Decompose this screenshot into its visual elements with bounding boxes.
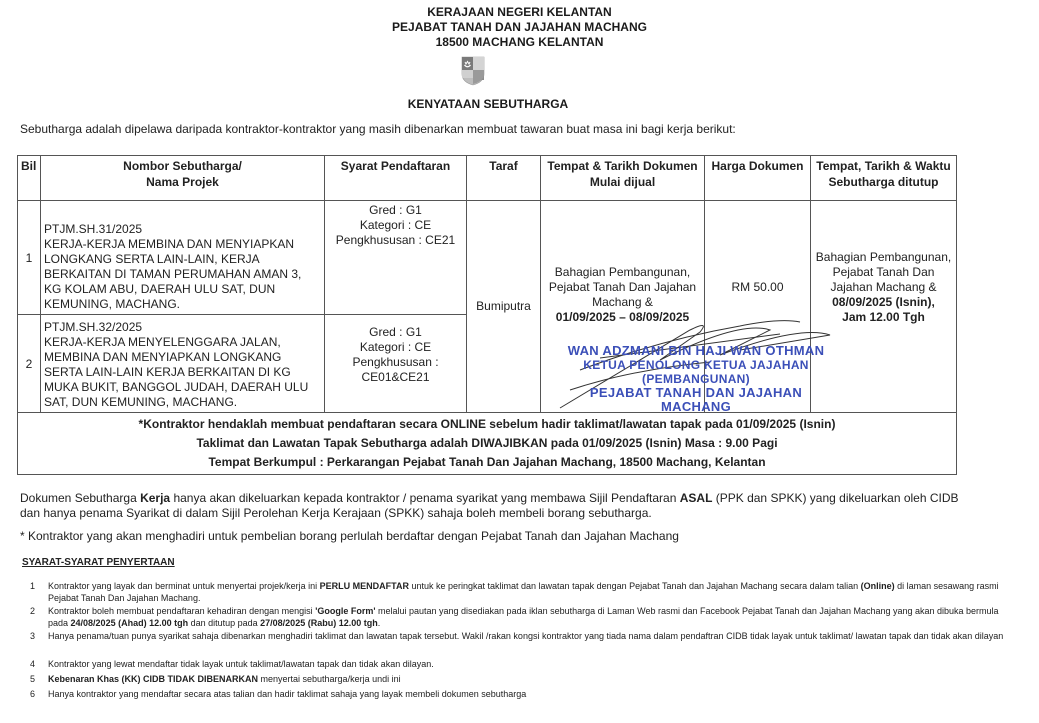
sale-place: Bahagian Pembangunan, Pejabat Tanah Dan …	[544, 265, 701, 310]
note-bold: Kerja	[140, 491, 170, 505]
col-header-bil: Bil	[18, 156, 41, 201]
project-name: KERJA-KERJA MEMBINA DAN MENYIAPKAN LONGK…	[44, 237, 321, 312]
closing-place-date-cell: Bahagian Pembangunan, Pejabat Tanah Dan …	[811, 201, 957, 413]
condition-number: 2	[30, 605, 48, 629]
table-header-row: Bil Nombor Sebutharga/ Nama Projek Syara…	[18, 156, 957, 201]
cond-text: Kontraktor yang layak dan berminat untuk…	[48, 581, 320, 591]
online-registration-notice: *Kontraktor hendaklah membuat pendaftara…	[21, 415, 953, 434]
row-number: 2	[18, 315, 41, 413]
letterhead-line-2: PEJABAT TANAH DAN JAJAHAN MACHANG	[0, 20, 1039, 35]
sale-dates: 01/09/2025 – 08/09/2025	[544, 310, 701, 325]
cond-bold: Kebenaran Khas (KK) CIDB TIDAK DIBENARKA…	[48, 674, 258, 684]
meeting-place-notice: Tempat Berkumpul : Perkarangan Pejabat T…	[21, 453, 953, 472]
cond-bold: PERLU MENDAFTAR	[320, 581, 409, 591]
tender-number: PTJM.SH.32/2025	[44, 320, 321, 335]
gred: Gred : G1	[328, 325, 463, 340]
col-header-tutup-line-1: Tempat, Tarikh & Waktu	[814, 158, 953, 174]
condition-number: 6	[30, 688, 48, 700]
tender-table: Bil Nombor Sebutharga/ Nama Projek Syara…	[17, 155, 957, 475]
col-header-syarat: Syarat Pendaftaran	[325, 156, 467, 201]
cond-text: untuk ke peringkat taklimat dan lawatan …	[409, 581, 861, 591]
condition-text: Hanya kontraktor yang mendaftar secara a…	[48, 688, 1020, 700]
pengkhususan: Pengkhususan : CE21	[328, 233, 463, 248]
note-text: dan hanya penama Syarikat di dalam Sijil…	[20, 506, 652, 520]
cond-text: menyertai sebutharga/kerja undi ini	[258, 674, 401, 684]
col-header-tutup: Tempat, Tarikh & Waktu Sebutharga ditutu…	[811, 156, 957, 201]
closing-place: Bahagian Pembangunan, Pejabat Tanah Dan …	[814, 250, 953, 295]
registration-note: * Kontraktor yang akan menghadiri untuk …	[20, 529, 679, 544]
condition-number: 5	[30, 673, 48, 685]
col-header-nombor: Nombor Sebutharga/ Nama Projek	[41, 156, 325, 201]
site-visit-notice: Taklimat dan Lawatan Tapak Sebutharga ad…	[21, 434, 953, 453]
pengkhususan: Pengkhususan :	[328, 355, 463, 370]
condition-item: 1 Kontraktor yang layak dan berminat unt…	[30, 580, 1020, 604]
project-name: KERJA-KERJA MENYELENGGARA JALAN, MEMBINA…	[44, 335, 321, 410]
taraf-cell: Bumiputra	[467, 201, 541, 413]
cond-text: dan ditutup pada	[188, 618, 260, 628]
note-text: Dokumen Sebutharga	[20, 491, 140, 505]
condition-number: 4	[30, 658, 48, 670]
cond-text: Kontraktor boleh membuat pendaftaran keh…	[48, 606, 315, 616]
letterhead-line-1: KERAJAAN NEGERI KELANTAN	[0, 5, 1039, 20]
kelantan-crest-icon	[461, 56, 485, 86]
condition-text: Kontraktor yang lewat mendaftar tidak la…	[48, 658, 1020, 670]
condition-number: 1	[30, 580, 48, 604]
condition-item: 6 Hanya kontraktor yang mendaftar secara…	[30, 688, 1020, 700]
cond-bold: 'Google Form'	[315, 606, 375, 616]
condition-text: Kontraktor yang layak dan berminat untuk…	[48, 580, 1020, 604]
sale-place-date-cell: Bahagian Pembangunan, Pejabat Tanah Dan …	[541, 201, 705, 413]
project-cell: PTJM.SH.31/2025 KERJA-KERJA MEMBINA DAN …	[41, 201, 325, 315]
kategori: Kategori : CE	[328, 340, 463, 355]
condition-item: 3 Hanya penama/tuan punya syarikat sahaj…	[30, 630, 1020, 642]
kategori: Kategori : CE	[328, 218, 463, 233]
note-text: (PPK dan SPKK) yang dikeluarkan oleh CID…	[712, 491, 958, 505]
table-row: 1 PTJM.SH.31/2025 KERJA-KERJA MEMBINA DA…	[18, 201, 957, 315]
col-header-tempat-jual-line-2: Mulai dijual	[544, 174, 701, 190]
document-title: KENYATAAN SEBUTHARGA	[0, 97, 976, 111]
note-bold: ASAL	[680, 491, 713, 505]
briefing-notice: *Kontraktor hendaklah membuat pendaftara…	[18, 413, 957, 475]
col-header-taraf: Taraf	[467, 156, 541, 201]
col-header-tempat-jual: Tempat & Tarikh Dokumen Mulai dijual	[541, 156, 705, 201]
gred: Gred : G1	[328, 203, 463, 218]
closing-date: 08/09/2025 (Isnin),	[814, 295, 953, 310]
condition-number: 3	[30, 630, 48, 642]
cond-bold: 24/08/2025 (Ahad) 12.00 tgh	[71, 618, 189, 628]
condition-text: Kebenaran Khas (KK) CIDB TIDAK DIBENARKA…	[48, 673, 1020, 685]
project-cell: PTJM.SH.32/2025 KERJA-KERJA MENYELENGGAR…	[41, 315, 325, 413]
closing-time: Jam 12.00 Tgh	[814, 310, 953, 325]
cond-bold: 27/08/2025 (Rabu) 12.00 tgh	[260, 618, 378, 628]
tender-number: PTJM.SH.31/2025	[44, 222, 321, 237]
condition-text: Kontraktor boleh membuat pendaftaran keh…	[48, 605, 1020, 629]
registration-requirements: Gred : G1 Kategori : CE Pengkhususan : C…	[325, 201, 467, 315]
row-number: 1	[18, 201, 41, 315]
col-header-nombor-line-1: Nombor Sebutharga/	[44, 158, 321, 174]
document-price: RM 50.00	[705, 201, 811, 413]
intro-text: Sebutharga adalah dipelawa daripada kont…	[20, 122, 736, 136]
col-header-tutup-line-2: Sebutharga ditutup	[814, 174, 953, 190]
condition-item: 5 Kebenaran Khas (KK) CIDB TIDAK DIBENAR…	[30, 673, 1020, 685]
letterhead-line-3: 18500 MACHANG KELANTAN	[0, 35, 1039, 50]
col-header-tempat-jual-line-1: Tempat & Tarikh Dokumen	[544, 158, 701, 174]
condition-item: 4 Kontraktor yang lewat mendaftar tidak …	[30, 658, 1020, 670]
conditions-heading: SYARAT-SYARAT PENYERTAAN	[22, 557, 175, 568]
col-header-nombor-line-2: Nama Projek	[44, 174, 321, 190]
condition-item: 2 Kontraktor boleh membuat pendaftaran k…	[30, 605, 1020, 629]
pengkhususan-value: CE01&CE21	[328, 370, 463, 385]
document-issue-note: Dokumen Sebutharga Kerja hanya akan dike…	[20, 491, 959, 521]
col-header-harga: Harga Dokumen	[705, 156, 811, 201]
note-text: hanya akan dikeluarkan kepada kontraktor…	[170, 491, 680, 505]
cond-text: .	[378, 618, 381, 628]
condition-text: Hanya penama/tuan punya syarikat sahaja …	[48, 630, 1020, 642]
registration-requirements: Gred : G1 Kategori : CE Pengkhususan : C…	[325, 315, 467, 413]
cond-bold: (Online)	[861, 581, 895, 591]
table-footer-row: *Kontraktor hendaklah membuat pendaftara…	[18, 413, 957, 475]
